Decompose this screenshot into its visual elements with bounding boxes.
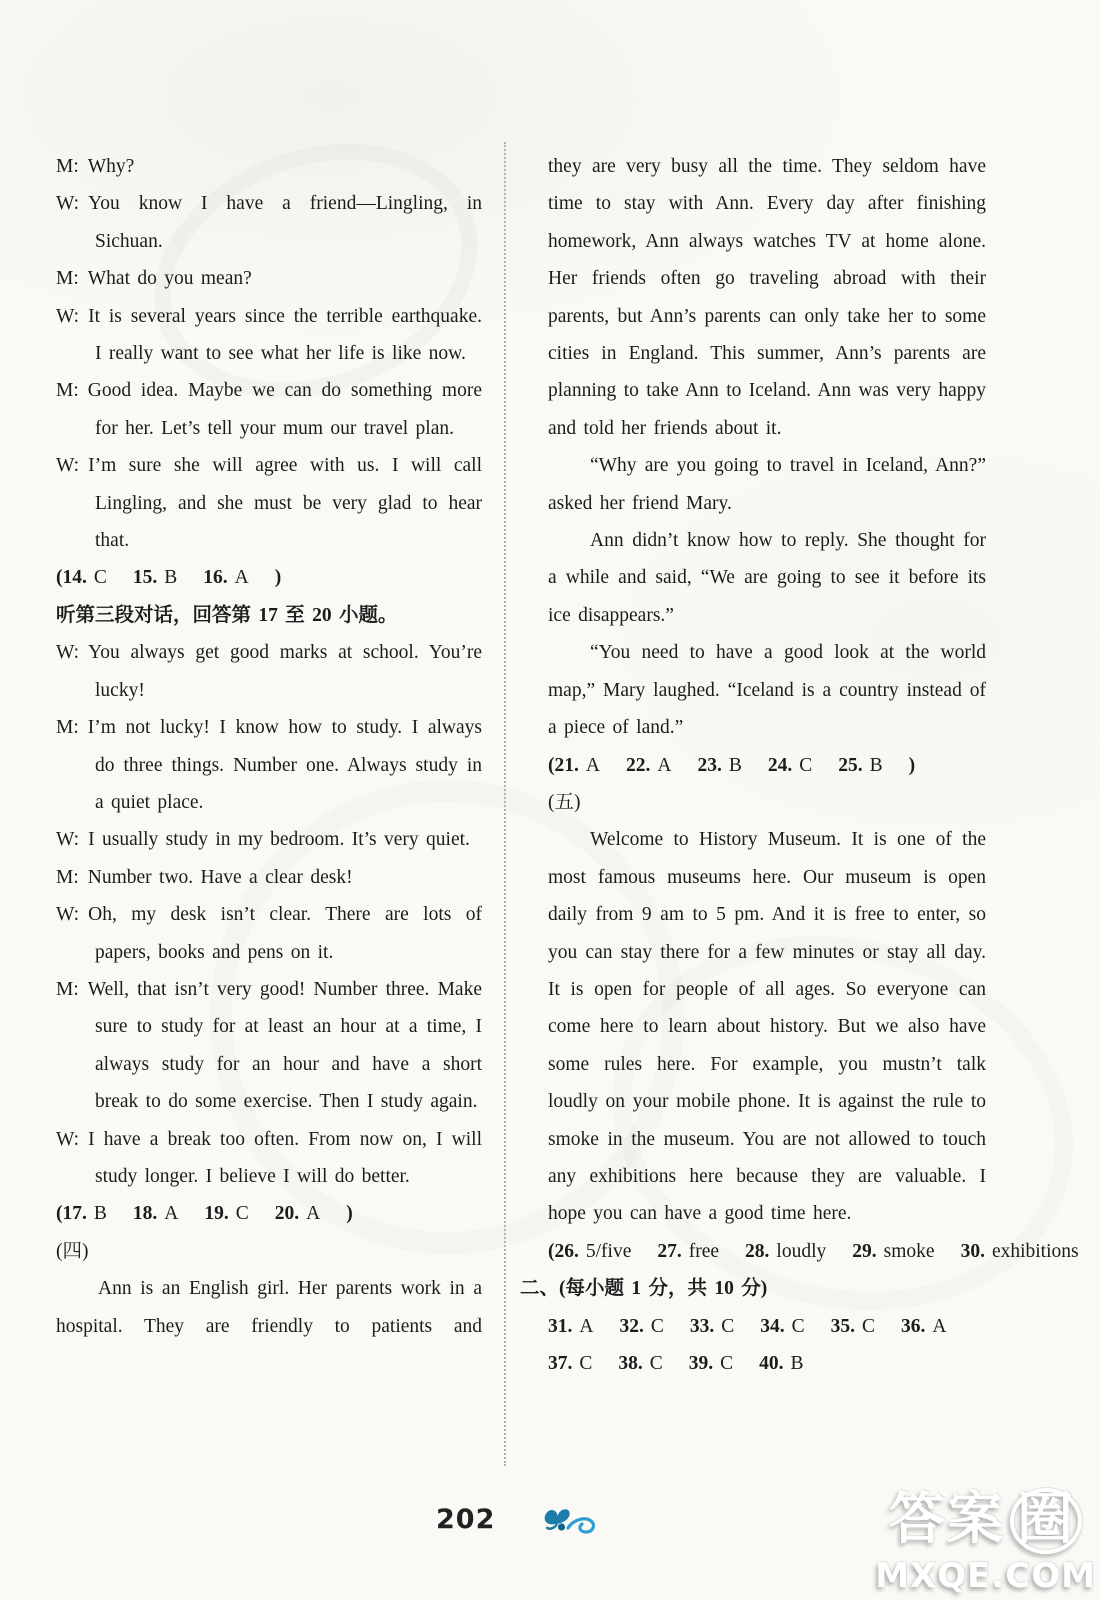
paragraph: Welcome to History Museum. It is one of … bbox=[548, 821, 986, 1232]
answer-number: 17. bbox=[63, 1203, 87, 1224]
dialog-text: You know I have a friend—Lingling, in Si… bbox=[88, 193, 482, 251]
speaker-label: W: bbox=[56, 1129, 88, 1150]
answer-item: 27.free bbox=[657, 1241, 719, 1262]
answer-item: 38.C bbox=[618, 1353, 662, 1374]
answer-item: 20.A bbox=[275, 1203, 320, 1224]
answer-value: C bbox=[94, 567, 107, 588]
dialog-line: W:I usually study in my bedroom. It’s ve… bbox=[56, 821, 482, 858]
answer-value: C bbox=[579, 1353, 592, 1374]
dialog-line: M:Why? bbox=[56, 148, 482, 185]
dialog-line: W:Oh, my desk isn’t clear. There are lot… bbox=[56, 896, 482, 971]
answers-line: (26.5/five27.free28.loudly29.smoke30.exh… bbox=[548, 1233, 986, 1270]
answer-number: 33. bbox=[690, 1316, 714, 1337]
answer-number: 29. bbox=[852, 1241, 876, 1262]
section-label: (五) bbox=[548, 784, 986, 821]
answer-value: A bbox=[306, 1203, 320, 1224]
dialog-line: W:It is several years since the terrible… bbox=[56, 298, 482, 373]
butterfly-logo-icon bbox=[540, 1501, 602, 1546]
answer-item: 26.5/five bbox=[555, 1241, 632, 1262]
answer-number: 19. bbox=[204, 1203, 228, 1224]
dialog-line: W:I’m sure she will agree with us. I wil… bbox=[56, 447, 482, 559]
answer-value: A bbox=[657, 755, 671, 776]
watermark-circled-char: 圈 bbox=[1010, 1488, 1082, 1554]
answer-value: A bbox=[579, 1316, 593, 1337]
speaker-label: M: bbox=[56, 268, 88, 289]
site-watermark: 答案圈 MXQE.COM bbox=[875, 1488, 1096, 1596]
speaker-label: W: bbox=[56, 455, 88, 476]
answer-value: 5/five bbox=[586, 1241, 631, 1262]
dialog-text: Good idea. Maybe we can do something mor… bbox=[88, 380, 482, 438]
answer-value: free bbox=[689, 1241, 719, 1262]
dialog-line: M:What do you mean? bbox=[56, 260, 482, 297]
answer-number: 36. bbox=[901, 1316, 925, 1337]
dialog-text: I’m sure she will agree with us. I will … bbox=[88, 455, 482, 551]
answer-item: 22.A bbox=[626, 755, 671, 776]
answer-item: 18.A bbox=[133, 1203, 178, 1224]
answer-number: 31. bbox=[548, 1316, 572, 1337]
speaker-label: M: bbox=[56, 979, 88, 1000]
answer-item: 40.B bbox=[759, 1353, 803, 1374]
answer-item: 19.C bbox=[204, 1203, 248, 1224]
answer-number: 28. bbox=[745, 1241, 769, 1262]
answers-line: 37.C38.C39.C40.B bbox=[548, 1345, 986, 1382]
answer-value: A bbox=[164, 1203, 178, 1224]
watermark-site: MXQE.COM bbox=[875, 1556, 1096, 1596]
answer-value: C bbox=[799, 755, 812, 776]
answer-item: 34.C bbox=[760, 1316, 804, 1337]
answer-number: 26. bbox=[555, 1241, 579, 1262]
answer-value: A bbox=[235, 567, 249, 588]
answer-number: 20. bbox=[275, 1203, 299, 1224]
answer-number: 23. bbox=[697, 755, 721, 776]
page-number: 202 bbox=[436, 1504, 495, 1535]
left-column: M:Why?W:You know I have a friend—Linglin… bbox=[56, 148, 482, 1345]
dialog-line: M:Good idea. Maybe we can do something m… bbox=[56, 372, 482, 447]
answer-value: C bbox=[236, 1203, 249, 1224]
dialog-text: What do you mean? bbox=[88, 268, 252, 289]
speaker-label: M: bbox=[56, 156, 88, 177]
dialog-line: W:I have a break too often. From now on,… bbox=[56, 1121, 482, 1196]
speaker-label: M: bbox=[56, 867, 88, 888]
speaker-label: W: bbox=[56, 829, 88, 850]
dialog-text: I’m not lucky! I know how to study. I al… bbox=[88, 717, 482, 813]
dialog-text: Well, that isn’t very good! Number three… bbox=[88, 979, 482, 1112]
answer-number: 22. bbox=[626, 755, 650, 776]
answer-item: 37.C bbox=[548, 1353, 592, 1374]
speaker-label: W: bbox=[56, 306, 88, 327]
answer-item: 14.C bbox=[63, 567, 107, 588]
answer-number: 24. bbox=[768, 755, 792, 776]
answer-item: 16.A bbox=[203, 567, 248, 588]
answer-value: loudly bbox=[776, 1241, 826, 1262]
answer-number: 37. bbox=[548, 1353, 572, 1374]
answer-item: 30.exhibitions bbox=[961, 1241, 1079, 1262]
dialog-line: M:Well, that isn’t very good! Number thr… bbox=[56, 971, 482, 1121]
paragraph: “Why are you going to travel in Iceland,… bbox=[548, 447, 986, 522]
dialog-line: M:Number two. Have a clear desk! bbox=[56, 859, 482, 896]
textbook-answer-page: M:Why?W:You know I have a friend—Linglin… bbox=[0, 0, 1100, 1600]
section-heading: 二、(每小题 1 分，共 10 分) bbox=[520, 1270, 986, 1307]
answer-item: 39.C bbox=[689, 1353, 733, 1374]
answer-value: C bbox=[650, 1353, 663, 1374]
speaker-label: M: bbox=[56, 717, 88, 738]
answer-item: 24.C bbox=[768, 755, 812, 776]
dialog-line: W:You always get good marks at school. Y… bbox=[56, 634, 482, 709]
section-label: (四) bbox=[56, 1233, 482, 1270]
answer-value: C bbox=[651, 1316, 664, 1337]
answer-value: A bbox=[932, 1316, 946, 1337]
answers-line: (21.A22.A23.B24.C25.B) bbox=[548, 747, 986, 784]
paragraph: “You need to have a good look at the wor… bbox=[548, 634, 986, 746]
answer-number: 35. bbox=[831, 1316, 855, 1337]
answer-item: 36.A bbox=[901, 1316, 946, 1337]
speaker-label: W: bbox=[56, 642, 88, 663]
answer-value: A bbox=[586, 755, 600, 776]
paragraph: Ann is an English girl. Her parents work… bbox=[56, 1270, 482, 1345]
answer-item: 28.loudly bbox=[745, 1241, 826, 1262]
answer-number: 38. bbox=[618, 1353, 642, 1374]
watermark-cn-prefix: 答案 bbox=[889, 1487, 1005, 1552]
answer-value: C bbox=[721, 1316, 734, 1337]
answer-item: 17.B bbox=[63, 1203, 107, 1224]
answer-item: 25.B bbox=[838, 755, 882, 776]
dialog-text: I usually study in my bedroom. It’s very… bbox=[88, 829, 470, 850]
answer-value: B bbox=[164, 567, 177, 588]
answer-number: 21. bbox=[555, 755, 579, 776]
dialog-line: W:You know I have a friend—Lingling, in … bbox=[56, 185, 482, 260]
paragraph: they are very busy all the time. They se… bbox=[548, 148, 986, 447]
answer-item: 21.A bbox=[555, 755, 600, 776]
answer-value: smoke bbox=[884, 1241, 935, 1262]
right-column: they are very busy all the time. They se… bbox=[548, 148, 986, 1382]
column-divider bbox=[504, 142, 506, 1466]
answer-number: 39. bbox=[689, 1353, 713, 1374]
answer-number: 25. bbox=[838, 755, 862, 776]
answers-line: (14.C15.B16.A) bbox=[56, 559, 482, 596]
answer-item: 29.smoke bbox=[852, 1241, 934, 1262]
speaker-label: W: bbox=[56, 193, 88, 214]
answer-number: 15. bbox=[133, 567, 157, 588]
dialog-text: It is several years since the terrible e… bbox=[88, 306, 482, 364]
dialog-text: Number two. Have a clear desk! bbox=[88, 867, 353, 888]
dialog-text: I have a break too often. From now on, I… bbox=[88, 1129, 482, 1187]
watermark-text: 答案圈 bbox=[875, 1488, 1096, 1554]
close-paren: ) bbox=[909, 755, 916, 776]
answer-value: C bbox=[862, 1316, 875, 1337]
answer-item: 23.B bbox=[697, 755, 741, 776]
answer-number: 32. bbox=[619, 1316, 643, 1337]
dialog-text: Oh, my desk isn’t clear. There are lots … bbox=[88, 904, 482, 962]
dialog-line: M:I’m not lucky! I know how to study. I … bbox=[56, 709, 482, 821]
answer-value: B bbox=[729, 755, 742, 776]
answers-line: (17.B18.A19.C20.A) bbox=[56, 1195, 482, 1232]
answer-value: C bbox=[720, 1353, 733, 1374]
answer-number: 27. bbox=[657, 1241, 681, 1262]
answer-value: exhibitions bbox=[992, 1241, 1079, 1262]
close-paren: ) bbox=[275, 567, 282, 588]
answer-number: 18. bbox=[133, 1203, 157, 1224]
close-paren: ) bbox=[346, 1203, 353, 1224]
answer-item: 33.C bbox=[690, 1316, 734, 1337]
answers-line: 31.A32.C33.C34.C35.C36.A bbox=[548, 1308, 986, 1345]
speaker-label: M: bbox=[56, 380, 88, 401]
answer-item: 32.C bbox=[619, 1316, 663, 1337]
answer-value: B bbox=[791, 1353, 804, 1374]
dialog-text: Why? bbox=[88, 156, 135, 177]
answer-item: 35.C bbox=[831, 1316, 875, 1337]
answer-item: 31.A bbox=[548, 1316, 593, 1337]
answer-number: 30. bbox=[961, 1241, 985, 1262]
answer-value: B bbox=[870, 755, 883, 776]
answer-value: C bbox=[792, 1316, 805, 1337]
paragraph: Ann didn’t know how to reply. She though… bbox=[548, 522, 986, 634]
answer-item: 15.B bbox=[133, 567, 177, 588]
answer-number: 16. bbox=[203, 567, 227, 588]
answer-number: 34. bbox=[760, 1316, 784, 1337]
answer-number: 14. bbox=[63, 567, 87, 588]
answer-number: 40. bbox=[759, 1353, 783, 1374]
speaker-label: W: bbox=[56, 904, 88, 925]
listening-instruction: 听第三段对话，回答第 17 至 20 小题。 bbox=[56, 597, 482, 634]
dialog-text: You always get good marks at school. You… bbox=[88, 642, 482, 700]
answer-value: B bbox=[94, 1203, 107, 1224]
